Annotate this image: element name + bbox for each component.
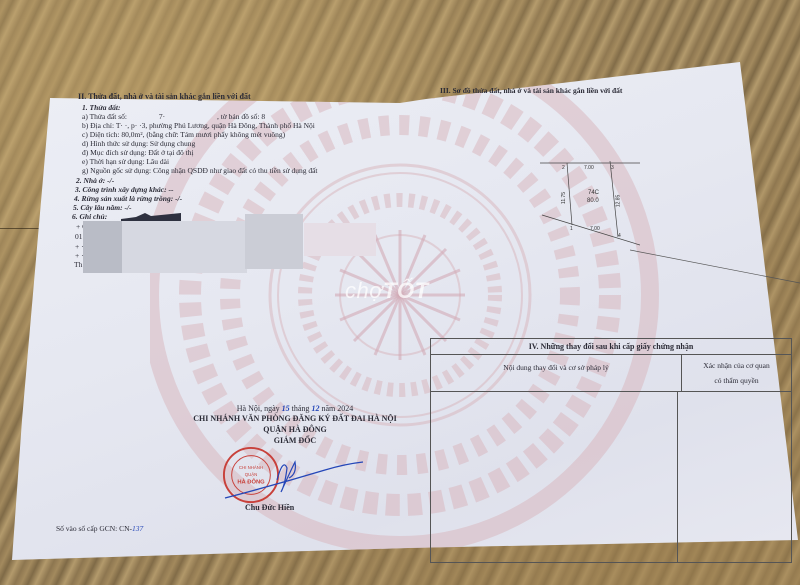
plot-area: 80.0 [587, 198, 599, 204]
redaction-grey-2 [122, 221, 247, 273]
parcel-number-label: a) Thửa đất số: [82, 112, 127, 121]
usage-purpose-value: Đất ở tại đô thị [148, 148, 193, 157]
watermark-part-2: TỐT [383, 278, 429, 303]
col-authority-confirmation: Xác nhận của cơ quan có thẩm quyền [682, 355, 791, 391]
changes-confirmation-cell [678, 392, 791, 562]
changes-table-body [431, 392, 791, 562]
register-number-label: Số vào sổ cấp GCN: CN- [56, 524, 132, 533]
changes-table: IV. Những thay đổi sau khi cấp giấy chứn… [430, 338, 792, 563]
section-2-title: II. Thửa đất, nhà ở và tài sản khác gắn … [78, 92, 251, 101]
note-line-5: Th [74, 260, 82, 270]
signature-block: Hà Nội, ngày 15 tháng 12 năm 2024 CHI NH… [160, 404, 430, 446]
map-sheet-number: , tờ bản đồ số: 8 [217, 112, 265, 121]
redaction-grey-1 [83, 221, 123, 273]
plot-left-edge: 11.75 [561, 192, 567, 204]
issue-date: Hà Nội, ngày 15 tháng 12 năm 2024 [160, 404, 430, 413]
changes-table-header: Nội dung thay đổi và cơ sở pháp lý Xác n… [431, 355, 791, 392]
address-value: T· ·, p· ·3, phường Phú Lương, quận Hà Đ… [116, 121, 315, 130]
section-3-title: III. Sơ đồ thửa đất, nhà ở và tài sản kh… [440, 86, 622, 95]
redaction-pink [304, 223, 376, 256]
plot-corner-1: 1 [570, 226, 573, 232]
origin-value: Công nhận QSDĐ như giao đất có thu tiền … [153, 166, 318, 175]
plot-corner-4: 4 [618, 233, 621, 239]
date-prefix: Hà Nội, ngày [237, 404, 280, 413]
issuing-office: CHI NHÁNH VĂN PHÒNG ĐĂNG KÝ ĐẤT ĐAI HÀ N… [160, 413, 430, 424]
signer-name: Chu Đức Hiền [245, 503, 294, 512]
area-label: c) Diện tích: [82, 130, 120, 139]
handwritten-signature-icon [215, 450, 365, 510]
issue-month: 12 [311, 404, 319, 413]
col-authority-line-1: Xác nhận của cơ quan [684, 358, 789, 373]
note-line-2: 01 [75, 232, 83, 242]
origin-line: g) Nguồn gốc sử dụng: Công nhận QSDĐ như… [82, 166, 318, 176]
issue-year: năm 2024 [321, 404, 353, 413]
plot-right-edge: 12.85 [615, 195, 621, 208]
section-4-title: IV. Những thay đổi sau khi cấp giấy chứn… [431, 339, 791, 355]
watermark-part-1: chợ [345, 278, 383, 303]
address-label: b) Địa chỉ: [82, 121, 114, 130]
issue-day: 15 [282, 404, 290, 413]
area-value: 80,0m², (bằng chữ: Tám mươi phẩy không m… [121, 130, 285, 139]
redaction-grey-3 [245, 214, 303, 269]
usage-purpose-label: đ) Mục đích sử dụng: [82, 148, 146, 157]
usage-term-label: e) Thời hạn sử dụng: [82, 157, 144, 166]
parcel-number-value: 7· [159, 112, 165, 121]
chotot-watermark: chợTỐT [345, 278, 429, 304]
usage-form-value: Sử dụng chung [150, 139, 195, 148]
plot-corner-3: 3 [611, 165, 614, 171]
plot-parcel-id: 74C [588, 190, 599, 196]
usage-term-value: Lâu dài [146, 157, 169, 166]
issuing-district: QUẬN HÀ ĐÔNG [160, 424, 430, 435]
plot-top-edge: 7.00 [584, 165, 594, 171]
usage-form-label: d) Hình thức sử dụng: [82, 139, 148, 148]
register-number-value: 137 [132, 524, 143, 533]
boundary-line [630, 245, 800, 290]
plot-corner-2: 2 [562, 165, 565, 171]
month-word: tháng [292, 404, 310, 413]
changes-content-cell [431, 392, 678, 562]
col-change-content: Nội dung thay đổi và cơ sở pháp lý [431, 355, 682, 391]
signer-role: GIÁM ĐỐC [160, 435, 430, 446]
origin-label: g) Nguồn gốc sử dụng: [82, 166, 151, 175]
col-authority-line-2: có thẩm quyền [684, 373, 789, 388]
plot-bottom-edge: 7.00 [590, 226, 600, 232]
register-number: Số vào sổ cấp GCN: CN-137 [56, 524, 143, 533]
